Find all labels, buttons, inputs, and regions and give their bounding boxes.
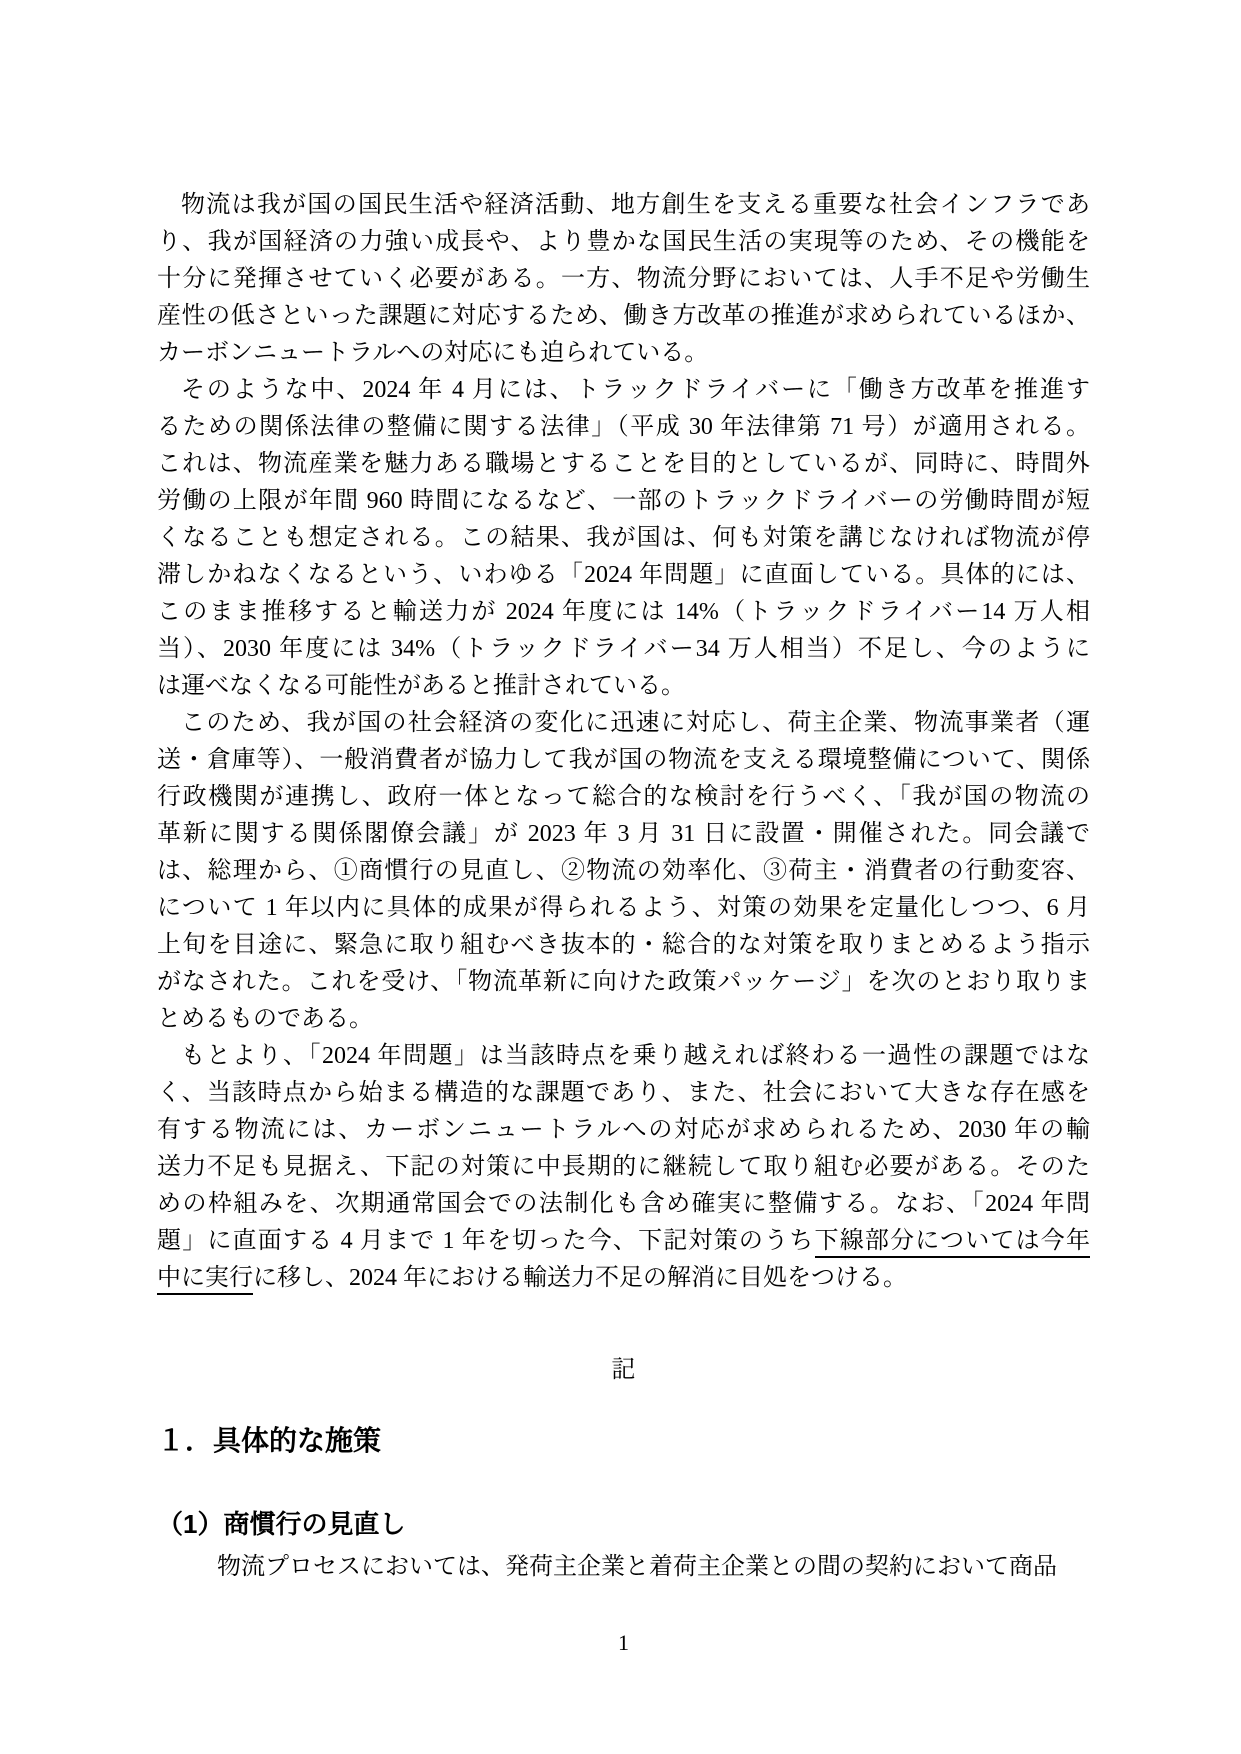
- subsection-1-1-heading: （1）商慣行の見直し: [157, 1505, 1090, 1543]
- paragraph-3: このため、我が国の社会経済の変化に迅速に対応し、荷主企業、物流事業者（運 送・倉…: [157, 705, 1090, 1038]
- text-line: くなることも想定される。この結果、我が国は、何も対策を講じなければ物流が停: [157, 520, 1090, 557]
- text-line: 題」に直面する 4 月まで 1 年を切った今、下記対策のうち下線部分については今…: [157, 1223, 1090, 1260]
- text-line: 行政機関が連携し、政府一体となって総合的な検討を行うべく、「我が国の物流の: [157, 779, 1090, 816]
- text-line: るための関係法律の整備に関する法律」（平成 30 年法律第 71 号）が適用され…: [157, 409, 1090, 446]
- text-line: このため、我が国の社会経済の変化に迅速に対応し、荷主企業、物流事業者（運: [157, 705, 1090, 742]
- text-line: カーボンニュートラルへの対応にも迫られている。: [157, 335, 1090, 372]
- text-line: 十分に発揮させていく必要がある。一方、物流分野においては、人手不足や労働生: [157, 261, 1090, 298]
- text-line: 労働の上限が年間 960 時間になるなど、一部のトラックドライバーの労働時間が短: [157, 483, 1090, 520]
- text-line: がなされた。これを受け、「物流革新に向けた政策パッケージ」を次のとおり取りま: [157, 964, 1090, 1001]
- text-line: もとより、「2024 年問題」は当該時点を乗り越えれば終わる一過性の課題ではな: [157, 1038, 1090, 1075]
- text-segment: 題」に直面する 4 月まで 1 年を切った今、下記対策のうち: [157, 1228, 815, 1254]
- text-line: 当）、2030 年度には 34%（トラックドライバー34 万人相当）不足し、今の…: [157, 631, 1090, 668]
- text-line: 送力不足も見据え、下記の対策に中長期的に継続して取り組む必要がある。そのた: [157, 1149, 1090, 1186]
- subsection-body-line: 物流プロセスにおいては、発荷主企業と着荷主企業との間の契約において商品: [157, 1549, 1090, 1586]
- text-line: これは、物流産業を魅力ある職場とすることを目的としているが、同時に、時間外: [157, 446, 1090, 483]
- section-1-heading: １．具体的な施策: [157, 1421, 1090, 1461]
- text-line: は運べなくなる可能性があると推計されている。: [157, 668, 1090, 705]
- text-line: そのような中、2024 年 4 月には、トラックドライバーに「働き方改革を推進す: [157, 372, 1090, 409]
- text-line: 中に実行に移し、2024 年における輸送力不足の解消に目処をつける。: [157, 1260, 1090, 1297]
- text-line: り、我が国経済の力強い成長や、より豊かな国民生活の実現等のため、その機能を: [157, 224, 1090, 261]
- text-line: 物流は我が国の国民生活や経済活動、地方創生を支える重要な社会インフラであ: [157, 187, 1090, 224]
- text-segment: に移し、2024 年における輸送力不足の解消に目処をつける。: [253, 1265, 907, 1291]
- text-line: 有する物流には、カーボンニュートラルへの対応が求められるため、2030 年の輸: [157, 1112, 1090, 1149]
- text-line: 上旬を目途に、緊急に取り組むべき抜本的・総合的な対策を取りまとめるよう指示: [157, 927, 1090, 964]
- text-line: 革新に関する関係閣僚会議」が 2023 年 3 月 31 日に設置・開催された。…: [157, 816, 1090, 853]
- page-number: 1: [157, 1628, 1090, 1658]
- text-line: 送・倉庫等）、一般消費者が協力して我が国の物流を支える環境整備について、関係: [157, 742, 1090, 779]
- underlined-text: 中に実行: [157, 1265, 253, 1295]
- underlined-text: 下線部分については今年: [815, 1228, 1091, 1258]
- text-line: について 1 年以内に具体的成果が得られるよう、対策の効果を定量化しつつ、6 月: [157, 890, 1090, 927]
- text-line: く、当該時点から始まる構造的な課題であり、また、社会において大きな存在感を: [157, 1075, 1090, 1112]
- text-line: 滞しかねなくなるという、いわゆる「2024 年問題」に直面している。具体的には、: [157, 557, 1090, 594]
- note-marker: 記: [157, 1352, 1090, 1389]
- text-line: めの枠組みを、次期通常国会での法制化も含め確実に整備する。なお、「2024 年問: [157, 1186, 1090, 1223]
- text-line: は、総理から、①商慣行の見直し、②物流の効率化、③荷主・消費者の行動変容、: [157, 853, 1090, 890]
- paragraph-2: そのような中、2024 年 4 月には、トラックドライバーに「働き方改革を推進す…: [157, 372, 1090, 705]
- text-line: とめるものである。: [157, 1001, 1090, 1038]
- paragraph-4: もとより、「2024 年問題」は当該時点を乗り越えれば終わる一過性の課題ではな …: [157, 1038, 1090, 1297]
- text-line: このまま推移すると輸送力が 2024 年度には 14%（トラックドライバー14 …: [157, 594, 1090, 631]
- document-page: 物流は我が国の国民生活や経済活動、地方創生を支える重要な社会インフラであ り、我…: [0, 0, 1241, 1754]
- paragraph-1: 物流は我が国の国民生活や経済活動、地方創生を支える重要な社会インフラであ り、我…: [157, 187, 1090, 372]
- text-line: 産性の低さといった課題に対応するため、働き方改革の推進が求められているほか、: [157, 298, 1090, 335]
